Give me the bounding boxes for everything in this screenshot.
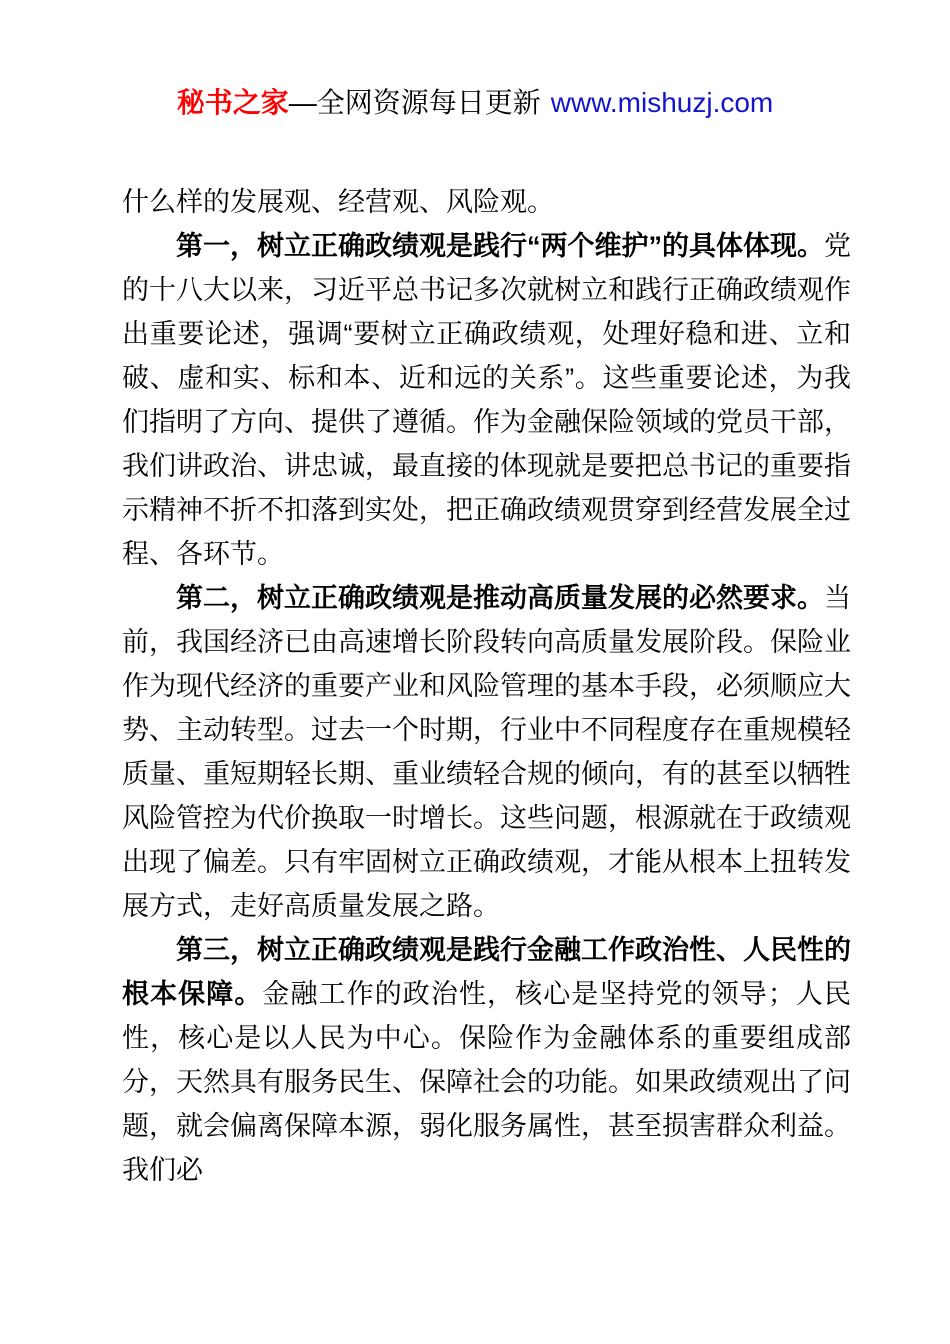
site-tagline: —全网资源每日更新 xyxy=(289,87,541,118)
paragraph-lead: 第一，树立正确政绩观是践行“两个维护”的具体体现。 xyxy=(176,231,824,261)
paragraph-continuation: 什么样的发展观、经营观、风险观。 xyxy=(122,180,851,224)
paragraph-text: 金融工作的政治性，核心是坚持党的领导；人民性，核心是以人民为中心。保险作为金融体… xyxy=(122,979,851,1185)
paragraph-lead: 第二，树立正确政绩观是推动高质量发展的必然要求。 xyxy=(176,583,824,613)
paragraph-text: 党的十八大以来，习近平总书记多次就树立和践行正确政绩观作出重要论述，强调“要树立… xyxy=(122,231,851,569)
document-body: 什么样的发展观、经营观、风险观。 第一，树立正确政绩观是践行“两个维护”的具体体… xyxy=(122,180,851,1192)
paragraph-third-point: 第三，树立正确政绩观是践行金融工作政治性、人民性的根本保障。金融工作的政治性，核… xyxy=(122,928,851,1192)
paragraph-second-point: 第二，树立正确政绩观是推动高质量发展的必然要求。当前，我国经济已由高速增长阶段转… xyxy=(122,576,851,928)
document-page: 秘书之家—全网资源每日更新www.mishuzj.com 什么样的发展观、经营观… xyxy=(0,0,950,1344)
site-name: 秘书之家 xyxy=(177,87,289,118)
paragraph-first-point: 第一，树立正确政绩观是践行“两个维护”的具体体现。党的十八大以来，习近平总书记多… xyxy=(122,224,851,576)
site-url-link[interactable]: www.mishuzj.com xyxy=(551,87,773,118)
page-header: 秘书之家—全网资源每日更新www.mishuzj.com xyxy=(0,86,950,120)
paragraph-text: 当前，我国经济已由高速增长阶段转向高质量发展阶段。保险业作为现代经济的重要产业和… xyxy=(122,583,851,921)
